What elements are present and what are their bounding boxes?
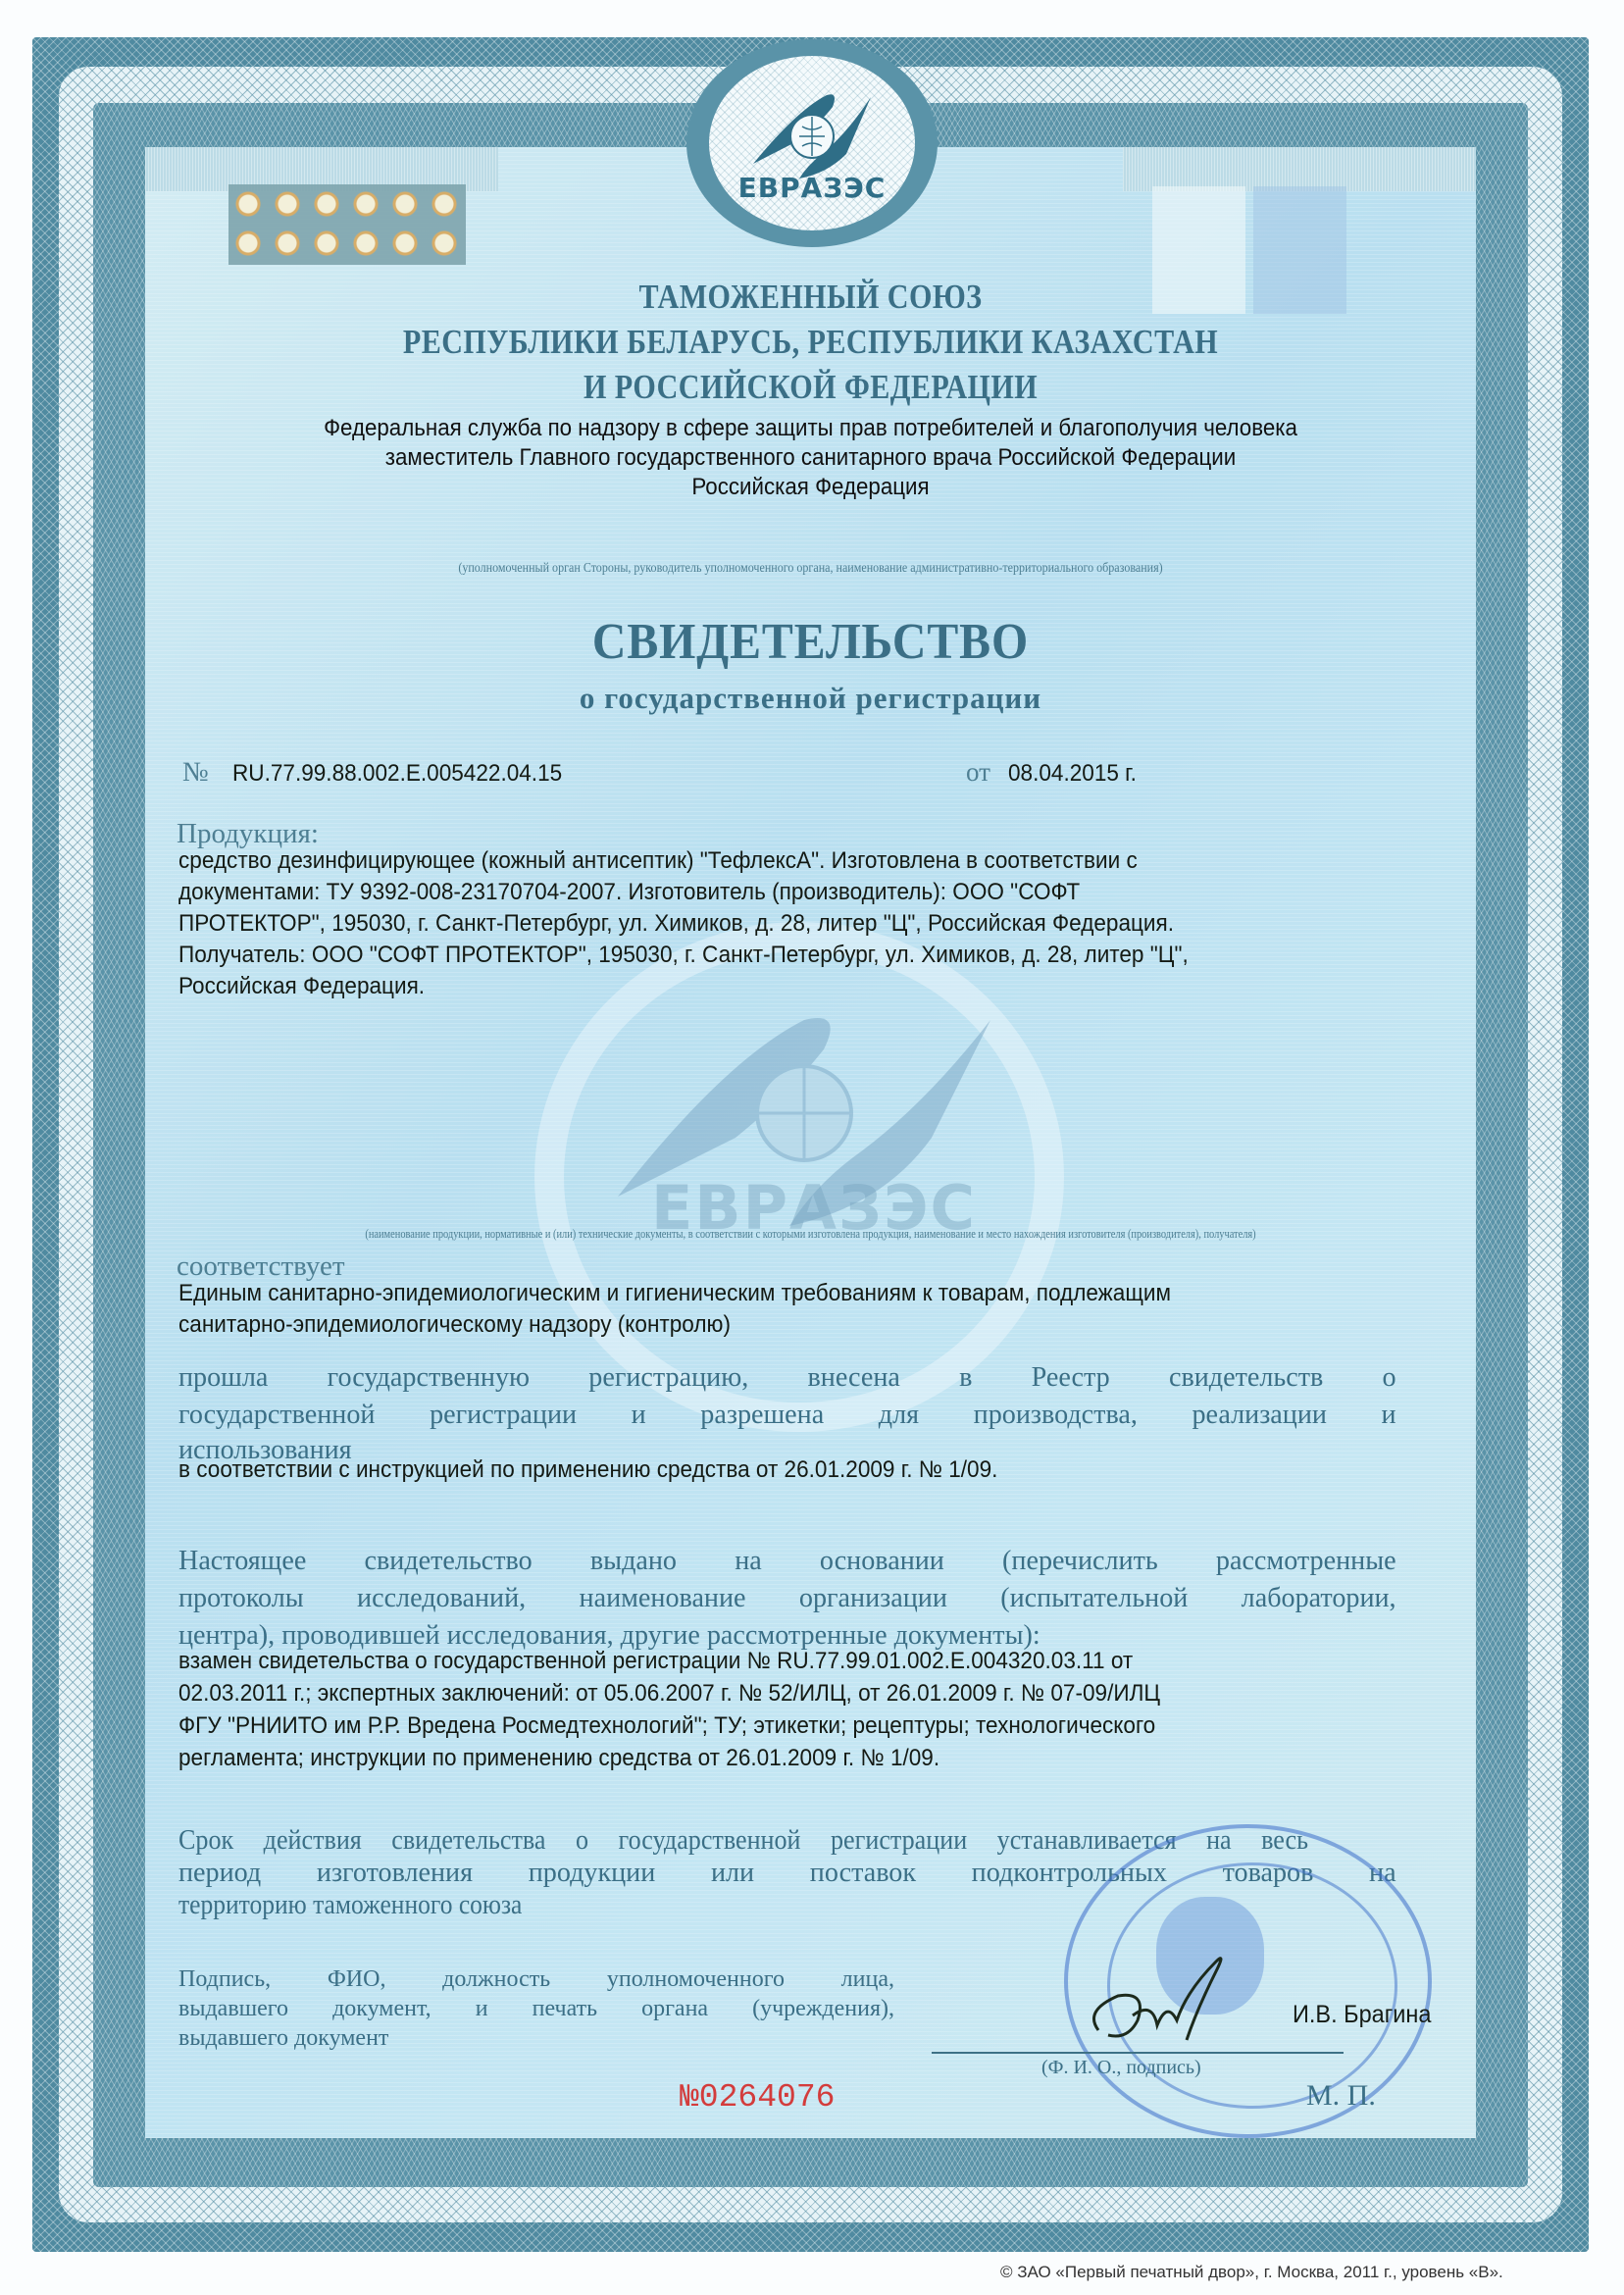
basis-doc-line-2: 02.03.2011 г.; экспертных заключений: от… <box>178 1680 1160 1708</box>
signer-name: И.В. Брагина <box>1293 2001 1431 2029</box>
eurasec-emblem: ЕВРАЗЭС <box>686 39 938 247</box>
basis-line-2: протоколы исследований, наименование орг… <box>178 1582 1396 1614</box>
signature-line <box>932 2052 1344 2054</box>
product-line-2: документами: ТУ 9392-008-23170704-2007. … <box>178 879 1080 906</box>
registered-line-2: государственной регистрации и разрешена … <box>178 1399 1396 1431</box>
validity-line-1: Срок действия свидетельства о государств… <box>178 1824 1308 1857</box>
registration-date: 08.04.2015 г. <box>1008 760 1137 788</box>
eurasec-logo-icon: ЕВРАЗЭС <box>709 56 915 230</box>
number-prefix: № <box>182 757 209 789</box>
registration-number: RU.77.99.88.002.E.005422.04.15 <box>232 760 562 788</box>
registered-line-1: прошла государственную регистрацию, внес… <box>178 1361 1396 1394</box>
printer-copyright: © ЗАО «Первый печатный двор», г. Москва,… <box>1000 2263 1503 2282</box>
certificate-subtitle: о государственной регистрации <box>145 681 1476 716</box>
authority-line-3: Российская Федерация <box>191 474 1429 501</box>
signature-instruction-2: выдавшего документ, и печать органа (учр… <box>178 1996 894 2022</box>
form-serial-number: №0264076 <box>680 2079 835 2116</box>
authority-line-1: Федеральная служба по надзору в сфере за… <box>191 415 1429 442</box>
emblem-label: ЕВРАЗЭС <box>709 172 915 204</box>
authority-line-2: заместитель Главного государственного са… <box>191 444 1429 472</box>
header-line-1: ТАМОЖЕННЫЙ СОЮЗ <box>238 278 1383 317</box>
signature-instruction-1: Подпись, ФИО, должность уполномоченного … <box>178 1966 894 1993</box>
basis-doc-line-1: взамен свидетельства о государственной р… <box>178 1648 1133 1675</box>
header-line-3: И РОССИЙСКОЙ ФЕДЕРАЦИИ <box>238 368 1383 407</box>
seal-mark: М. П. <box>1306 2079 1376 2113</box>
basis-doc-line-4: регламента; инструкции по применению сре… <box>178 1745 939 1772</box>
security-strip-right <box>1123 147 1476 191</box>
basis-doc-line-3: ФГУ "РНИИТО им Р.Р. Вредена Росмедтехнол… <box>178 1712 1155 1740</box>
conformity-line-1: Единым санитарно-эпидемиологическим и ги… <box>178 1280 1171 1307</box>
product-line-5: Российская Федерация. <box>178 973 425 1000</box>
product-line-4: Получатель: ООО "СОФТ ПРОТЕКТОР", 195030… <box>178 942 1189 969</box>
conformity-label: соответствует <box>177 1250 345 1283</box>
signer-caption: (Ф. И. О., подпись) <box>1041 2057 1201 2079</box>
header-line-2: РЕСПУБЛИКИ БЕЛАРУСЬ, РЕСПУБЛИКИ КАЗАХСТА… <box>238 323 1383 362</box>
product-line-1: средство дезинфицирующее (кожный антисеп… <box>178 847 1138 875</box>
conformity-line-2: санитарно-эпидемиологическому надзору (к… <box>178 1311 731 1339</box>
product-caption: (наименование продукции, нормативные и (… <box>279 1226 1344 1242</box>
handwritten-signature-icon <box>1079 1942 1255 2060</box>
authority-caption: (уполномоченный орган Стороны, руководит… <box>238 561 1383 577</box>
date-prefix: от <box>966 757 990 788</box>
certificate-title: СВИДЕТЕЛЬСТВО <box>198 613 1422 671</box>
hologram-sticker <box>228 184 466 265</box>
basis-line-1: Настоящее свидетельство выдано на основа… <box>178 1545 1396 1577</box>
product-label: Продукция: <box>177 818 319 850</box>
product-line-3: ПРОТЕКТОР", 195030, г. Санкт-Петербург, … <box>178 910 1174 938</box>
signature-instruction-3: выдавшего документ <box>178 2025 894 2052</box>
usage-instruction: в соответствии с инструкцией по применен… <box>178 1456 997 1484</box>
